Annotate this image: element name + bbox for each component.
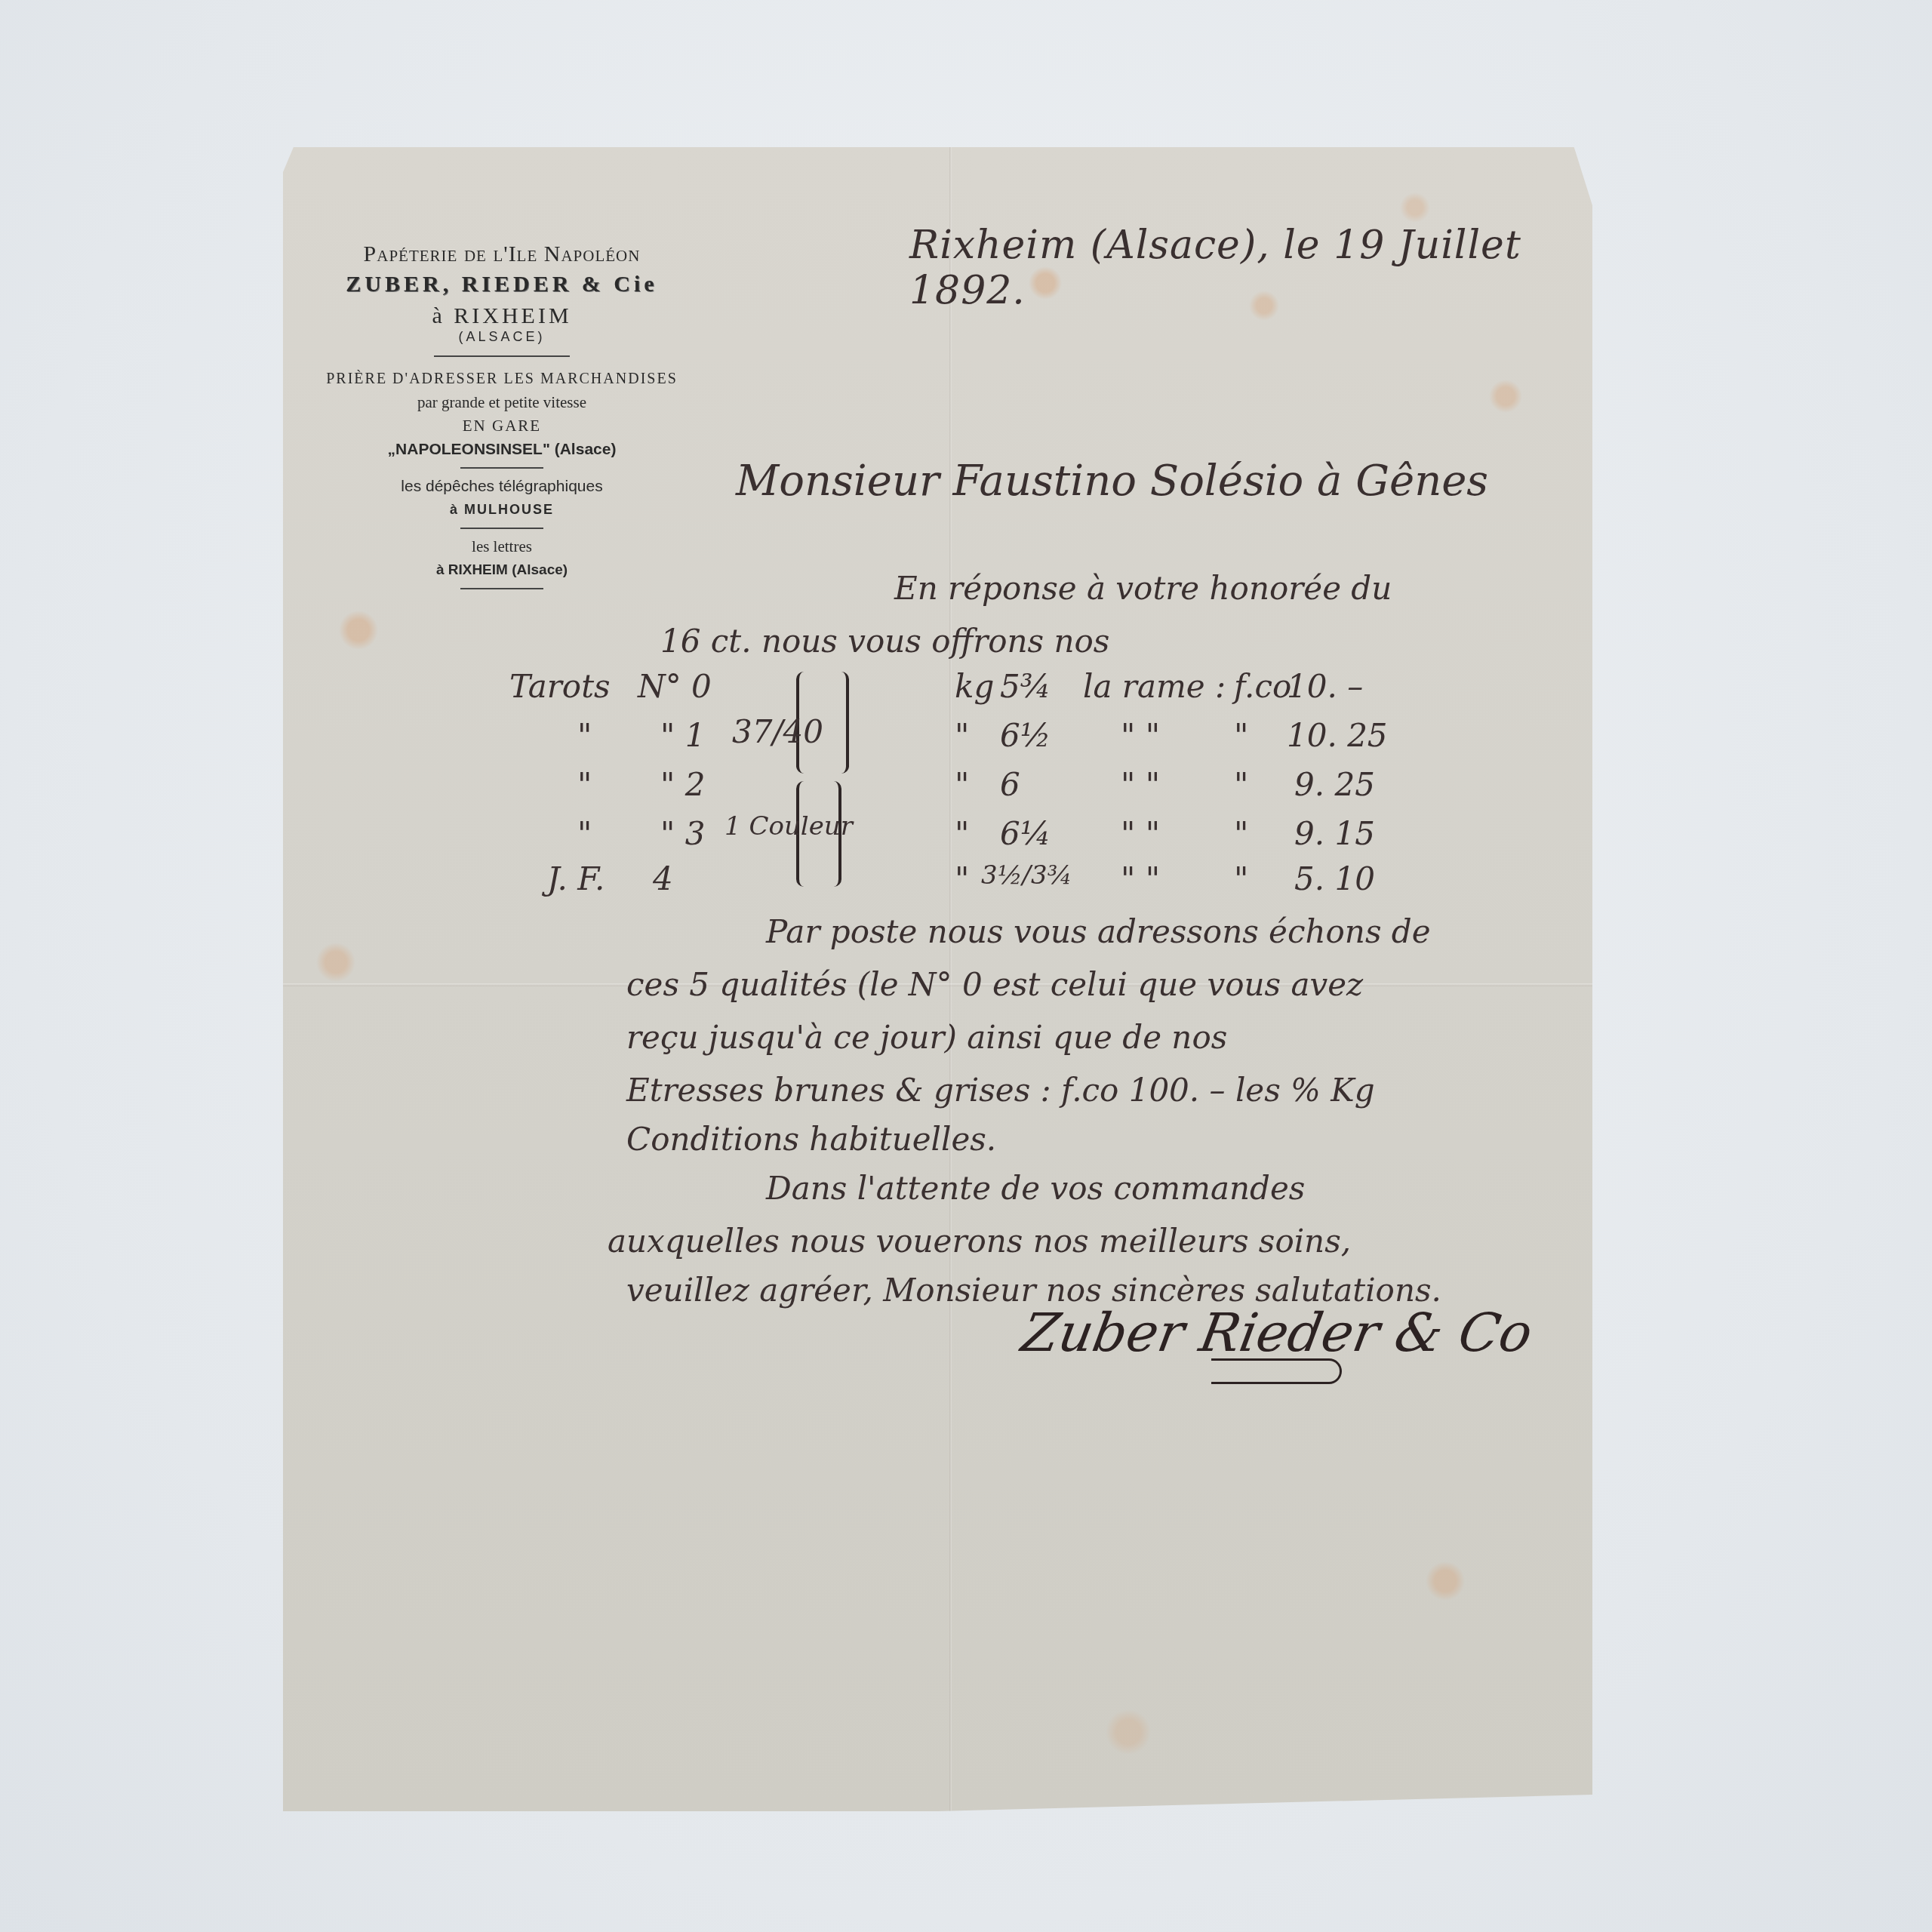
letterhead-letters-label: les lettres (325, 535, 679, 558)
number: N° 0 (638, 668, 712, 705)
price: 10. 25 (1287, 717, 1388, 754)
unit: " (955, 766, 969, 803)
dateline: Rixheim (Alsace), le 19 Juillet 1892. (909, 223, 1592, 313)
letter-sheet: Papéterie de l'Ile Napoléon ZUBER, RIEDE… (283, 147, 1592, 1811)
weight: 3½/3¾ (981, 860, 1072, 891)
body-line: reçu jusqu'à ce jour) ainsi que de nos (626, 1019, 1227, 1056)
number: " 1 (660, 717, 705, 754)
number: 4 (653, 860, 673, 897)
unit: " (955, 860, 969, 897)
weight: 6¼ (1000, 815, 1051, 852)
product: " (577, 766, 592, 803)
letterhead-firm-name: ZUBER, RIEDER & Cie (325, 272, 679, 297)
currency: " (1234, 766, 1248, 803)
product: " (577, 717, 592, 754)
letterhead-instructions-heading: PRIÈRE D'ADRESSER LES MARCHANDISES (325, 368, 679, 391)
table-row: J. F. 4 " 3½/3¾ " " " 5. 10 (570, 860, 1506, 906)
product: J. F. (547, 860, 605, 897)
letterhead-town: à RIXHEIM (325, 303, 679, 329)
body-line: auxquelles nous vouerons nos meilleurs s… (608, 1223, 1351, 1260)
number: " 3 (660, 815, 705, 852)
body-line: ces 5 qualités (le N° 0 est celui que vo… (626, 966, 1363, 1003)
currency: f.co (1234, 668, 1291, 705)
letterhead-arc-title: Papéterie de l'Ile Napoléon (325, 241, 679, 267)
basis: " " (1121, 815, 1160, 852)
basis: la rame : (1083, 668, 1226, 705)
product: Tarots (509, 668, 611, 705)
station-name-text: „NAPOLEONSINSEL" (Alsace) (388, 441, 617, 458)
body-line: Par poste nous vous adressons échons de (766, 913, 1431, 950)
signature: Zuber Rieder & Co (1017, 1302, 1537, 1364)
letterhead-telegrams-city: à MULHOUSE (325, 498, 679, 521)
signature-flourish (1211, 1358, 1342, 1384)
basis: " " (1121, 860, 1160, 897)
body-line: Conditions habituelles. (626, 1121, 996, 1158)
addressee: Monsieur Faustino Solésio à Gênes (736, 457, 1488, 506)
price: 5. 10 (1294, 860, 1375, 897)
basis: " " (1121, 766, 1160, 803)
weight: 6½ (1000, 717, 1051, 754)
intro-line-1: En réponse à votre honorée du (894, 570, 1392, 607)
table-row: " " 1 " 6½ " " " 10. 25 (570, 717, 1506, 762)
letterhead-divider (434, 355, 570, 357)
product: " (577, 815, 592, 852)
currency: " (1234, 717, 1248, 754)
currency: " (1234, 860, 1248, 897)
basis: " " (1121, 717, 1160, 754)
weight: 5¾ (1000, 668, 1051, 705)
letterhead-letters-city: à RIXHEIM (Alsace) (325, 558, 679, 582)
table-row: " " 3 " 6¼ " " " 9. 15 (570, 815, 1506, 860)
body-line: Etresses brunes & grises : f.co 100. – l… (626, 1072, 1375, 1109)
number: " 2 (660, 766, 705, 803)
letterhead: Papéterie de l'Ile Napoléon ZUBER, RIEDE… (325, 241, 679, 595)
unit: " (955, 717, 969, 754)
letterhead-region: (ALSACE) (325, 329, 679, 345)
price: 9. 25 (1294, 766, 1375, 803)
letterhead-divider (460, 467, 543, 469)
letterhead-divider (460, 528, 543, 529)
price: 10. – (1287, 668, 1363, 705)
weight: 6 (1000, 766, 1020, 803)
intro-line-2: 16 ct. nous vous offrons nos (660, 623, 1109, 660)
letterhead-telegrams-label: les dépêches télégraphiques (325, 475, 679, 498)
unit: " (955, 815, 969, 852)
letterhead-station-label: EN GARE (325, 414, 679, 438)
letterhead-station-name: „NAPOLEONSINSEL" (Alsace) (325, 438, 679, 461)
price: 9. 15 (1294, 815, 1375, 852)
letterhead-divider (460, 588, 543, 589)
unit: kg (955, 668, 994, 705)
table-row: Tarots N° 0 kg 5¾ la rame : f.co 10. – (570, 668, 1506, 713)
body-line: Dans l'attente de vos commandes (766, 1170, 1305, 1207)
currency: " (1234, 815, 1248, 852)
letterhead-instructions-line: par grande et petite vitesse (325, 391, 679, 414)
table-row: " " 2 " 6 " " " 9. 25 (570, 766, 1506, 811)
